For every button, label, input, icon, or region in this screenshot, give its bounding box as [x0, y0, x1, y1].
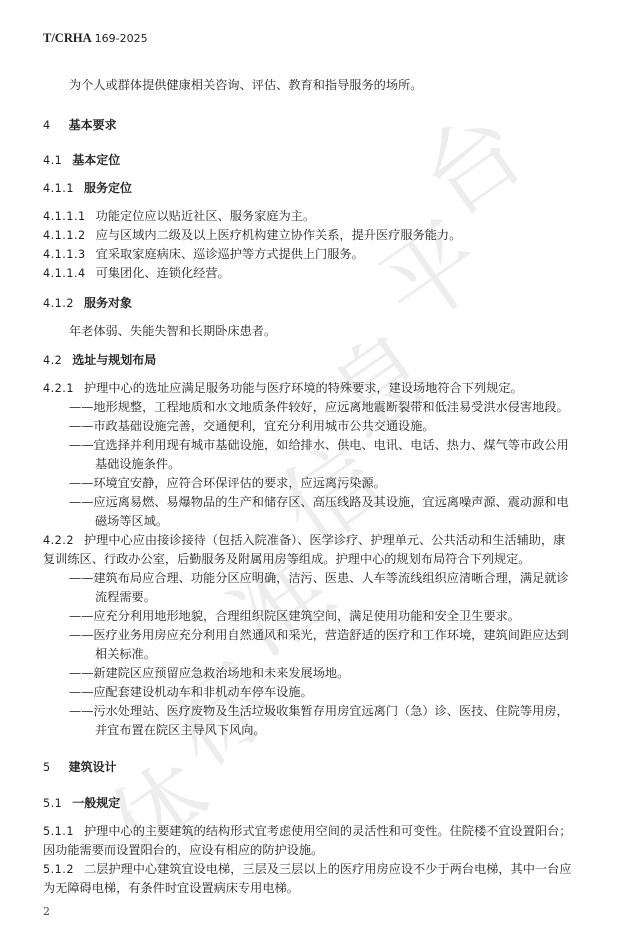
- document-page: 台 平 息 信 准 标 体 T/CRHA169-2025 为个人或群体提供健康相…: [0, 0, 625, 932]
- dash-marker: ——: [69, 685, 93, 699]
- header-number: 169-2025: [95, 32, 148, 45]
- list-item-continuation: 并宜布置在院区主导风下风向。: [95, 722, 266, 738]
- clause-text: 可集团化、连锁化经营。: [96, 266, 230, 280]
- list-item-text: 医疗业务用房应充分利用自然通风和采光，营造舒适的医疗和工作环境，建筑间距应达到: [93, 628, 568, 642]
- list-item-text: 市政基础设施完善，交通便利，宜充分利用城市公共交通设施。: [93, 419, 434, 433]
- clause-text: 应与区域内二级及以上医疗机构建立协作关系，提升医疗服务能力。: [96, 228, 462, 242]
- clause-number: 4.2.1: [43, 382, 74, 395]
- section-title: 选址与规划布局: [72, 353, 156, 367]
- watermark-char: 平: [349, 185, 506, 352]
- list-item: ——市政基础设施完善，交通便利，宜充分利用城市公共交通设施。: [69, 418, 435, 434]
- dash-marker: ——: [69, 438, 93, 452]
- list-item-text: 地形规整，工程地质和水文地质条件较好，应远离地震断裂带和低洼易受洪水侵害地段。: [93, 400, 568, 414]
- list-item-continuation: 相关标准。: [95, 646, 156, 662]
- section-title: 基本要求: [69, 118, 117, 132]
- dash-marker: ——: [69, 400, 93, 414]
- clause-4-2-1: 4.2.1护理中心的选址应满足服务功能与医疗环境的特殊要求，建设场地符合下列规定…: [43, 380, 523, 397]
- clause-text: 二层护理中心建筑宜设电梯，三层及三层以上的医疗用房应设不少于两台电梯，其中一台应: [84, 862, 572, 876]
- section-number: 4: [43, 119, 51, 132]
- clause-text: 护理中心的选址应满足服务功能与医疗环境的特殊要求，建设场地符合下列规定。: [84, 381, 523, 395]
- clause-4-1-1-3: 4.1.1.3宜采取家庭病床、巡诊巡护等方式提供上门服务。: [43, 246, 364, 263]
- list-item-text: 应远离易燃、易爆物品的生产和储存区、高压线路及其设施，宜远离噪声源、震动源和电: [93, 495, 568, 509]
- dash-marker: ——: [69, 495, 93, 509]
- list-item-continuation: 流程需要。: [95, 589, 156, 605]
- list-item: ——宜选择并利用现有城市基础设施，如给排水、供电、电讯、电话、热力、煤气等市政公…: [69, 437, 569, 453]
- list-item-text: 建筑布局应合理、功能分区应明确，洁污、医患、人车等流线组织应清晰合理，满足就诊: [93, 571, 568, 585]
- clause-number: 5.1.2: [43, 863, 74, 876]
- list-item: ——应充分利用地形地貌，合理组织院区建筑空间，满足使用功能和安全卫生要求。: [69, 608, 520, 624]
- list-item: ——污水处理站、医疗废物及生活垃圾收集暂存用房宜远离门（急）诊、医技、住院等用房…: [69, 703, 569, 719]
- clause-number: 5.1.1: [43, 825, 74, 838]
- section-title: 服务定位: [84, 181, 132, 195]
- dash-marker: ——: [69, 704, 93, 718]
- section-title: 基本定位: [72, 153, 120, 167]
- section-number: 5: [43, 761, 51, 774]
- section-number: 4.1: [43, 154, 62, 167]
- list-item-text: 污水处理站、医疗废物及生活垃圾收集暂存用房宜远离门（急）诊、医技、住院等用房，: [93, 704, 568, 718]
- list-item-continuation: 基础设施条件。: [95, 456, 180, 472]
- intro-text: 为个人或群体提供健康相关咨询、评估、教育和指导服务的场所。: [69, 77, 422, 93]
- list-item-text: 应配套建设机动车和非机动车停车设施。: [93, 685, 312, 699]
- list-item: ——应远离易燃、易爆物品的生产和储存区、高压线路及其设施，宜远离噪声源、震动源和…: [69, 494, 569, 510]
- clause-5-1-1: 5.1.1护理中心的主要建筑的结构形式宜考虑使用空间的灵活性和可变性。住院楼不宜…: [43, 823, 571, 840]
- section-4-1-2-heading: 4.1.2服务对象: [43, 295, 132, 312]
- clause-number: 4.1.1.1: [43, 210, 86, 223]
- clause-4-1-1-2: 4.1.1.2应与区域内二级及以上医疗机构建立协作关系，提升医疗服务能力。: [43, 227, 461, 244]
- section-number: 4.1.1: [43, 182, 74, 195]
- section-5-1-heading: 5.1一般规定: [43, 795, 120, 812]
- dash-marker: ——: [69, 628, 93, 642]
- section-number: 5.1: [43, 797, 62, 810]
- section-number: 4.2: [43, 354, 62, 367]
- clause-5-1-2-continuation: 为无障碍电梯，有条件时宜设置病床专用电梯。: [43, 880, 299, 896]
- dash-marker: ——: [69, 609, 93, 623]
- clause-4-2-2-continuation: 复训练区、行政办公室，后勤服务及附属用房等组成。护理中心的规划布局符合下列规定。: [43, 551, 531, 567]
- list-item-text: 新建院区应预留应急救治场地和未来发展场地。: [93, 666, 349, 680]
- clause-text: 功能定位应以贴近社区、服务家庭为主。: [96, 209, 315, 223]
- list-item-text: 环境宜安静，应符合环保评估的要求，应远离污染源。: [93, 476, 386, 490]
- section-title: 服务对象: [84, 296, 132, 310]
- list-item: ——地形规整，工程地质和水文地质条件较好，应远离地震断裂带和低洼易受洪水侵害地段…: [69, 399, 569, 415]
- section-4-1-heading: 4.1基本定位: [43, 152, 120, 169]
- clause-number: 4.2.2: [43, 534, 74, 547]
- clause-4-1-1-1: 4.1.1.1功能定位应以贴近社区、服务家庭为主。: [43, 208, 315, 225]
- dash-marker: ——: [69, 476, 93, 490]
- document-header: T/CRHA169-2025: [43, 30, 148, 47]
- dash-marker: ——: [69, 571, 93, 585]
- section-title: 建筑设计: [69, 760, 117, 774]
- clause-number: 4.1.1.3: [43, 248, 86, 261]
- clause-5-1-1-continuation: 因功能需要而设置阳台的，应设有相应的防护设施。: [43, 842, 323, 858]
- clause-5-1-2: 5.1.2二层护理中心建筑宜设电梯，三层及三层以上的医疗用房应设不少于两台电梯，…: [43, 861, 571, 878]
- list-item: ——新建院区应预留应急救治场地和未来发展场地。: [69, 665, 349, 681]
- clause-number: 4.1.1.4: [43, 267, 86, 280]
- dash-marker: ——: [69, 666, 93, 680]
- clause-text: 护理中心应由接诊接待（包括入院准备）、医学诊疗、护理单元、公共活动和生活辅助，康: [84, 533, 565, 547]
- clause-4-2-2: 4.2.2护理中心应由接诊接待（包括入院准备）、医学诊疗、护理单元、公共活动和生…: [43, 532, 565, 549]
- list-item: ——建筑布局应合理、功能分区应明确，洁污、医患、人车等流线组织应清晰合理，满足就…: [69, 570, 569, 586]
- clause-4-1-2-text: 年老体弱、失能失智和长期卧床患者。: [69, 323, 276, 339]
- list-item: ——应配套建设机动车和非机动车停车设施。: [69, 684, 313, 700]
- clause-number: 4.1.1.2: [43, 229, 86, 242]
- section-title: 一般规定: [72, 796, 120, 810]
- clause-text: 护理中心的主要建筑的结构形式宜考虑使用空间的灵活性和可变性。住院楼不宜设置阳台；: [84, 824, 572, 838]
- list-item-text: 应充分利用地形地貌，合理组织院区建筑空间，满足使用功能和安全卫生要求。: [93, 609, 520, 623]
- watermark-char: 台: [389, 75, 546, 242]
- dash-marker: ——: [69, 419, 93, 433]
- list-item-text: 宜选择并利用现有城市基础设施，如给排水、供电、电讯、电话、热力、煤气等市政公用: [93, 438, 568, 452]
- section-4-heading: 4基本要求: [43, 117, 117, 134]
- section-4-1-1-heading: 4.1.1服务定位: [43, 180, 132, 197]
- list-item: ——医疗业务用房应充分利用自然通风和采光，营造舒适的医疗和工作环境，建筑间距应达…: [69, 627, 569, 643]
- page-number: 2: [43, 904, 50, 920]
- clause-4-1-1-4: 4.1.1.4可集团化、连锁化经营。: [43, 265, 230, 282]
- section-number: 4.1.2: [43, 297, 74, 310]
- header-org: T/CRHA: [43, 31, 92, 45]
- list-item: ——环境宜安静，应符合环保评估的要求，应远离污染源。: [69, 475, 386, 491]
- list-item-continuation: 磁场等区域。: [95, 513, 168, 529]
- section-5-heading: 5建筑设计: [43, 759, 117, 776]
- section-4-2-heading: 4.2选址与规划布局: [43, 352, 156, 369]
- clause-text: 宜采取家庭病床、巡诊巡护等方式提供上门服务。: [96, 247, 364, 261]
